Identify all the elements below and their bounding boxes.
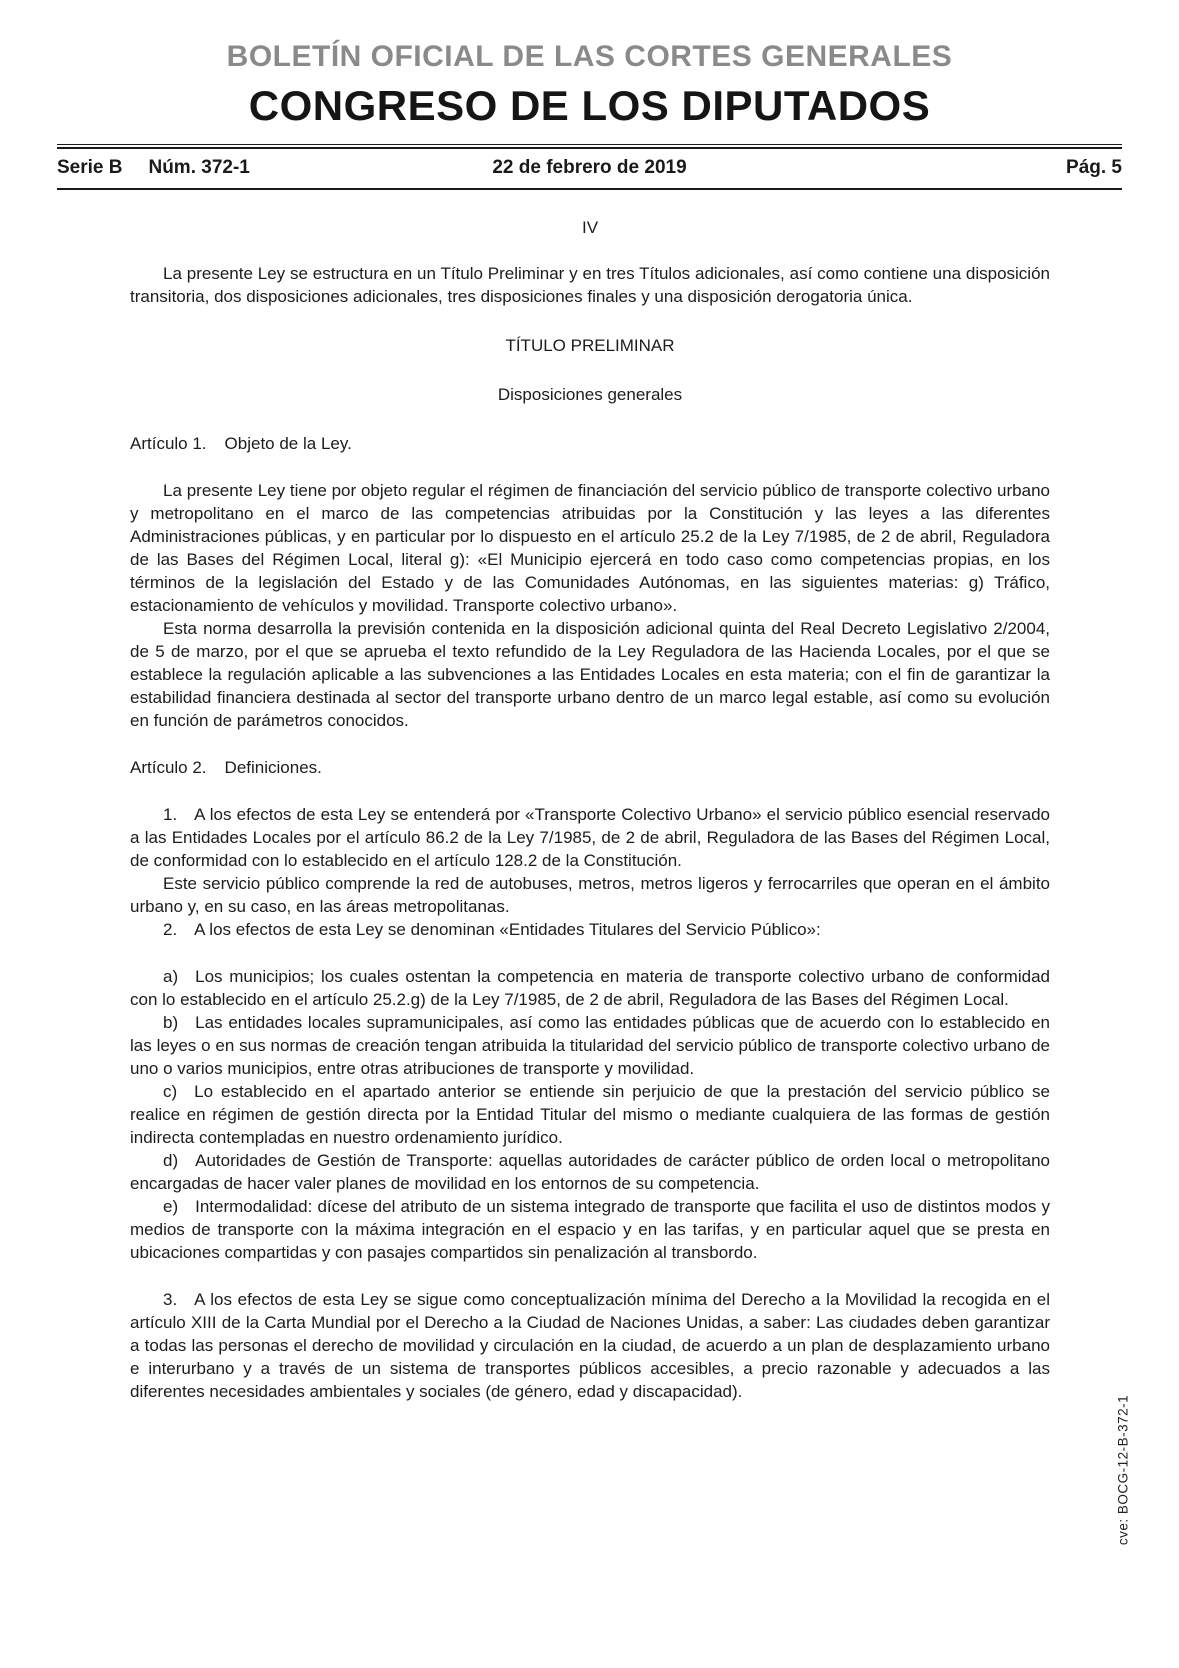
list-item-a: a) Los municipios; los cuales ostentan l… (130, 965, 1050, 1011)
articulo-1-paragraph-1: La presente Ley tiene por objeto regular… (130, 479, 1050, 617)
issue-info-row: Serie BNúm. 372-1 22 de febrero de 2019 … (57, 149, 1122, 188)
congress-title: CONGRESO DE LOS DIPUTADOS (0, 82, 1179, 130)
gazette-title: BOLETÍN OFICIAL DE LAS CORTES GENERALES (0, 40, 1179, 74)
titulo-preliminar-heading: TÍTULO PRELIMINAR (130, 334, 1050, 357)
articulo-2-paragraph-4: 3. A los efectos de esta Ley se sigue co… (130, 1288, 1050, 1403)
serie-group: Serie BNúm. 372-1 (57, 157, 492, 179)
list-item-b: b) Las entidades locales supramunicipale… (130, 1011, 1050, 1080)
disposiciones-generales-subheading: Disposiciones generales (130, 383, 1050, 406)
cve-code: cve: BOCG-12-B-372-1 (1116, 1395, 1131, 1545)
articulo-2-paragraph-1: 1. A los efectos de esta Ley se entender… (130, 803, 1050, 872)
articulo-2-title: Definiciones. (225, 758, 322, 777)
list-item-c: c) Lo establecido en el apartado anterio… (130, 1080, 1050, 1149)
articulo-2-paragraph-2: Este servicio público comprende la red d… (130, 872, 1050, 918)
section-number: IV (130, 216, 1050, 239)
document-body: IV La presente Ley se estructura en un T… (130, 190, 1050, 1403)
articulo-1-heading: Artículo 1.Objeto de la Ley. (130, 432, 1050, 455)
issue-number: Núm. 372-1 (148, 157, 249, 178)
intro-paragraph: La presente Ley se estructura en un Títu… (130, 262, 1050, 308)
articulo-2-label: Artículo 2. (130, 758, 207, 777)
articulo-1-paragraph-2: Esta norma desarrolla la previsión conte… (130, 617, 1050, 732)
articulo-1-label: Artículo 1. (130, 434, 207, 453)
articulo-2-heading: Artículo 2.Definiciones. (130, 756, 1050, 779)
serie-label: Serie B (57, 157, 122, 178)
list-item-d: d) Autoridades de Gestión de Transporte:… (130, 1149, 1050, 1195)
issue-date: 22 de febrero de 2019 (492, 157, 686, 179)
masthead: BOLETÍN OFICIAL DE LAS CORTES GENERALES … (0, 0, 1179, 130)
articulo-2-paragraph-3: 2. A los efectos de esta Ley se denomina… (130, 918, 1050, 941)
issue-info-band: Serie BNúm. 372-1 22 de febrero de 2019 … (57, 144, 1122, 190)
list-item-e: e) Intermodalidad: dícese del atributo d… (130, 1195, 1050, 1264)
articulo-1-title: Objeto de la Ley. (225, 434, 352, 453)
page-number: Pág. 5 (687, 157, 1122, 179)
document-page: BOLETÍN OFICIAL DE LAS CORTES GENERALES … (0, 0, 1179, 1668)
